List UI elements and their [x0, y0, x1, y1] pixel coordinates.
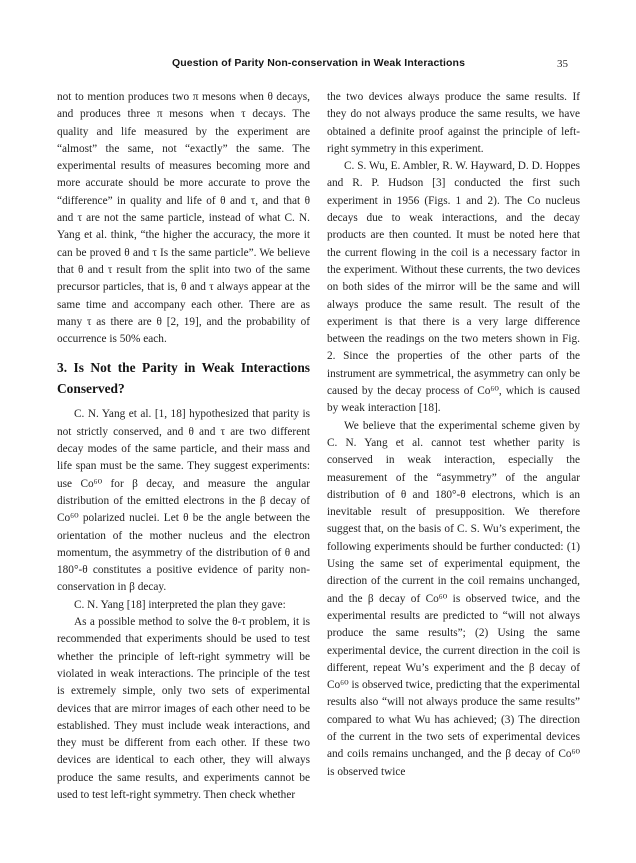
- paragraph-continuation: the two devices always produce the same …: [327, 89, 580, 158]
- paragraph: We believe that the experimental scheme …: [327, 418, 580, 781]
- paper-page: Question of Parity Non-conservation in W…: [0, 0, 636, 863]
- paragraph: C. N. Yang et al. [1, 18] hypothesized t…: [57, 406, 310, 596]
- right-column: the two devices always produce the same …: [327, 89, 580, 804]
- paragraph: C. S. Wu, E. Ambler, R. W. Hayward, D. D…: [327, 158, 580, 417]
- running-head: Question of Parity Non-conservation in W…: [57, 57, 580, 73]
- paragraph: As a possible method to solve the θ-τ pr…: [57, 614, 310, 804]
- running-head-title: Question of Parity Non-conservation in W…: [57, 57, 580, 69]
- section-heading: 3. Is Not the Parity in Weak Interaction…: [57, 357, 310, 399]
- paragraph: C. N. Yang [18] interpreted the plan the…: [57, 597, 310, 614]
- page-number: 35: [557, 58, 568, 70]
- left-column: not to mention produces two π mesons whe…: [57, 89, 310, 804]
- two-column-body: not to mention produces two π mesons whe…: [57, 89, 580, 804]
- paragraph-continuation: not to mention produces two π mesons whe…: [57, 89, 310, 348]
